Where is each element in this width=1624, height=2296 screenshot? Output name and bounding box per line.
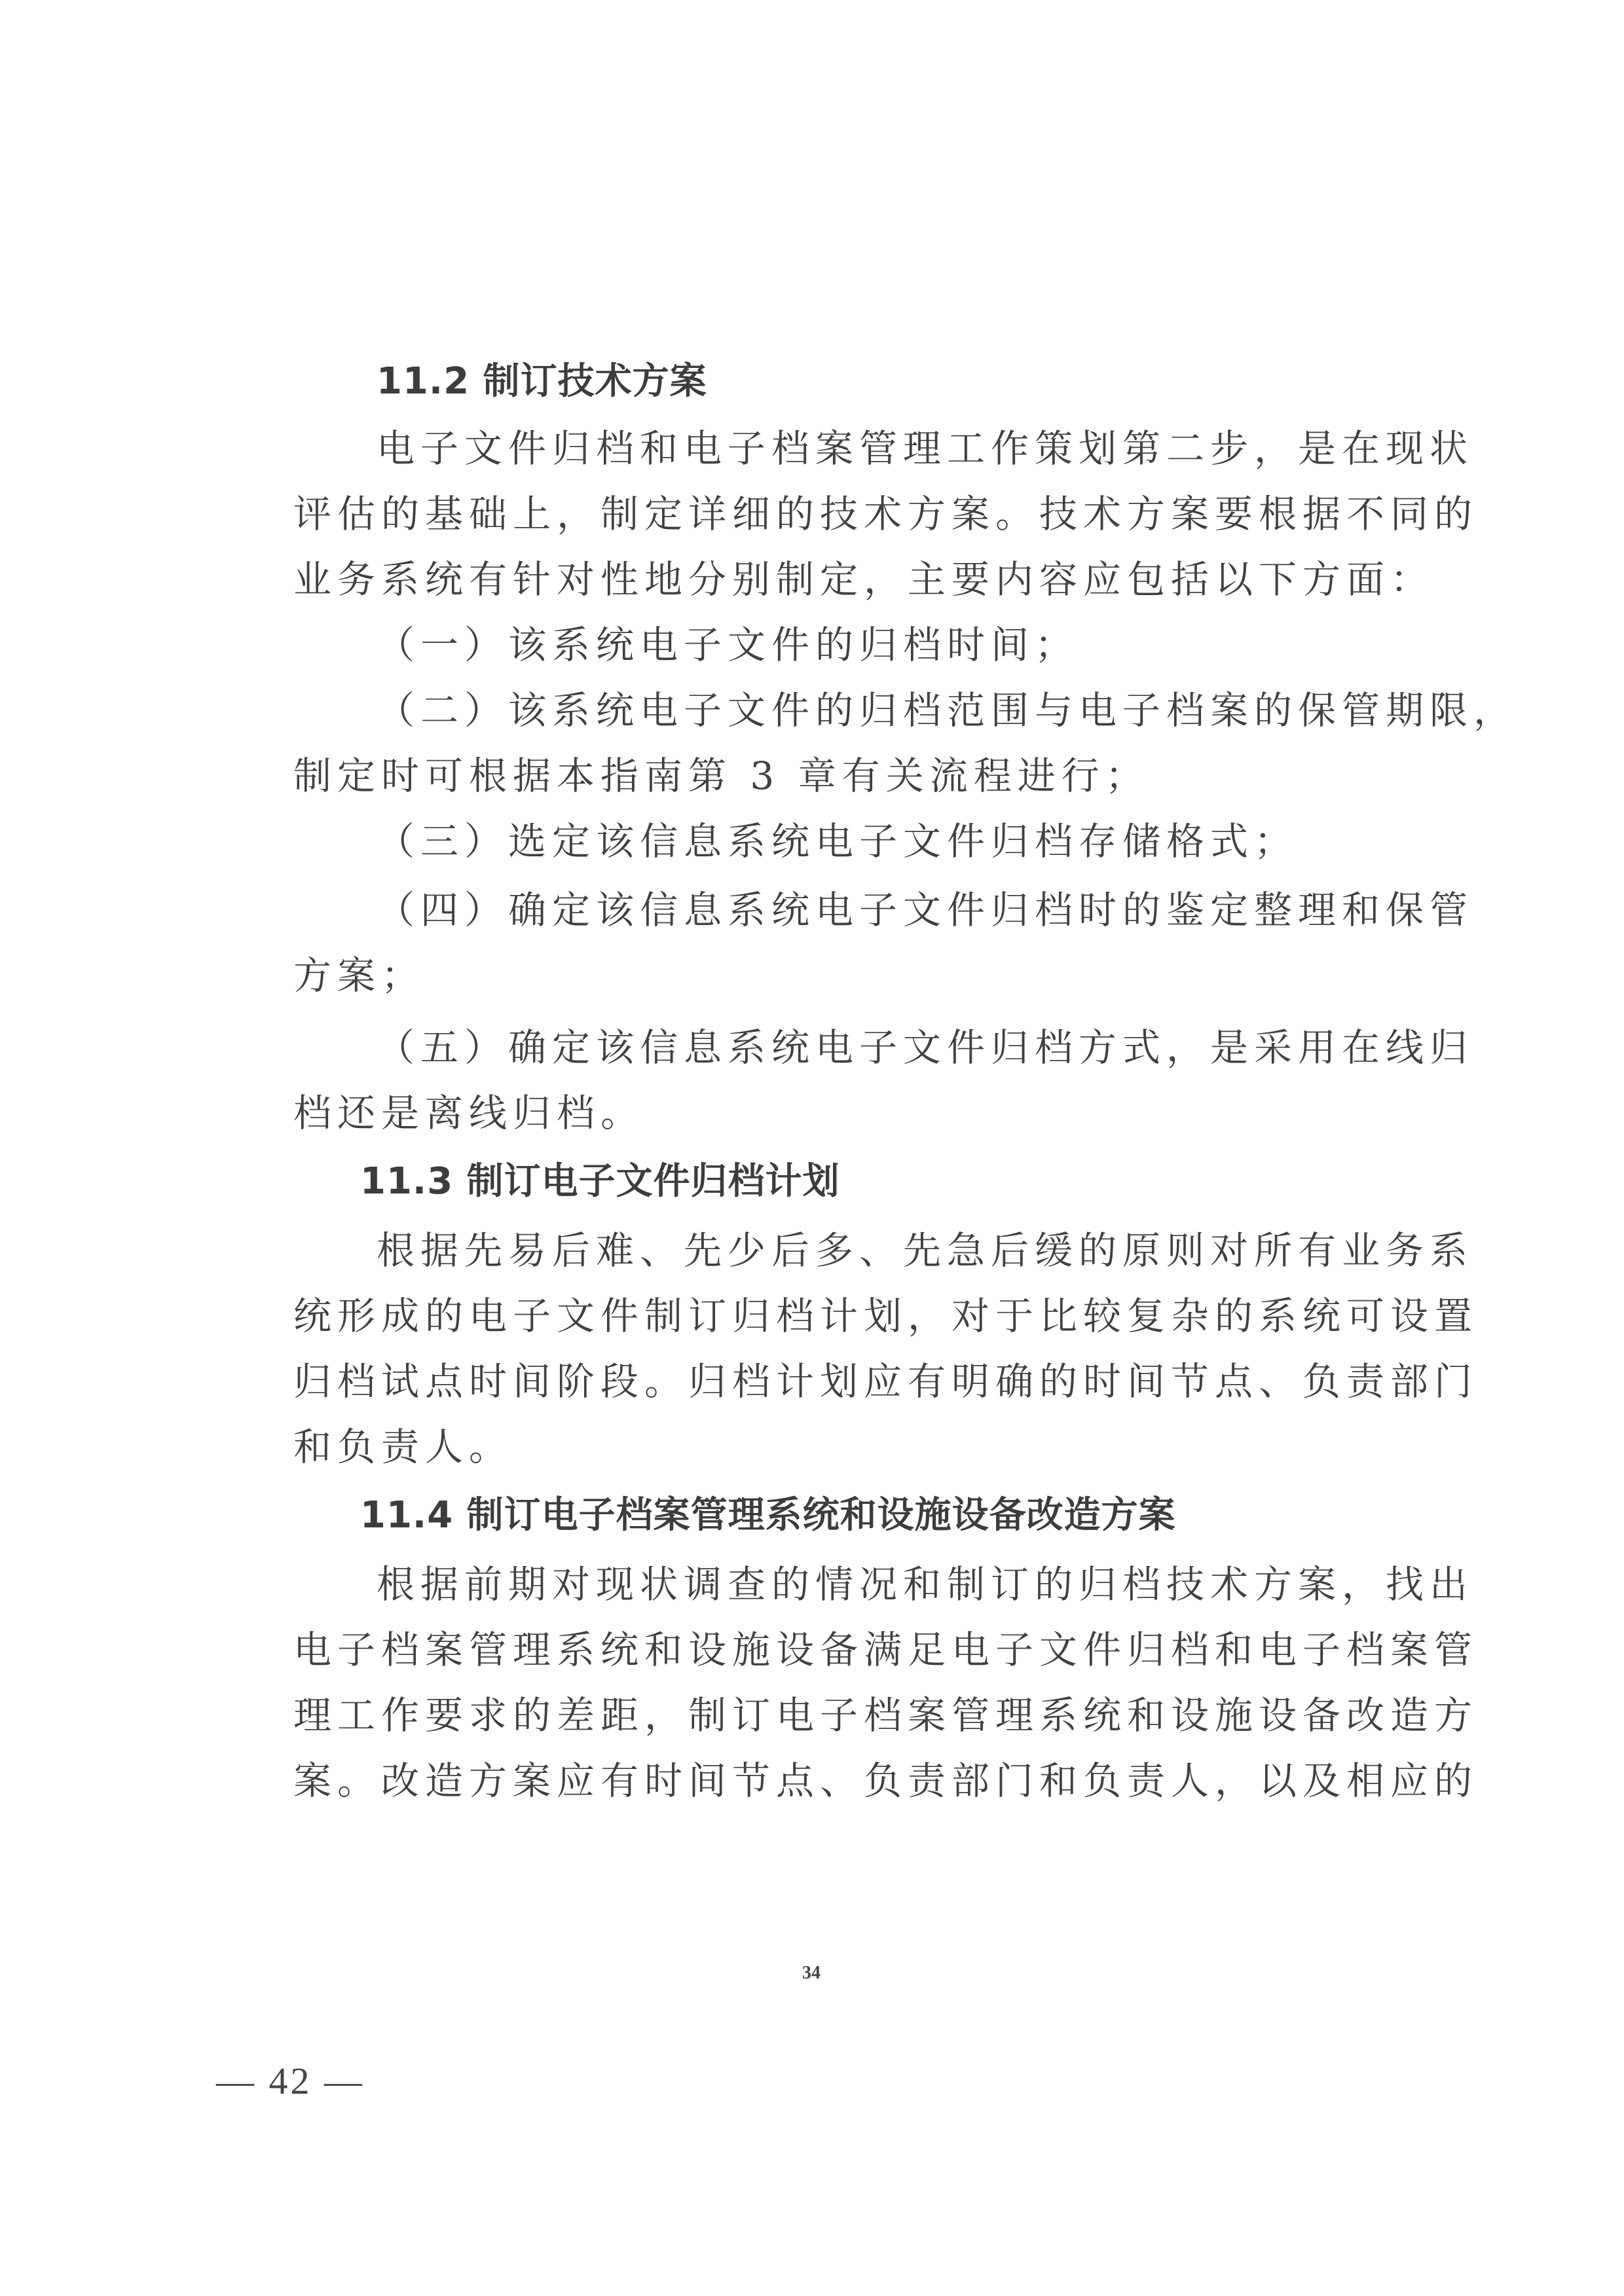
scanned-page-number: 34 bbox=[802, 1963, 821, 1984]
list-item-line: （四）确定该信息系统电子文件归档时的鉴定整理和保管 bbox=[377, 887, 1316, 933]
paragraph-line: 根据前期对现状调查的情况和制订的归档技术方案，找出 bbox=[377, 1561, 1316, 1607]
paragraph-line: 根据先易后难、先少后多、先急后缓的原则对所有业务系 bbox=[377, 1228, 1316, 1273]
paragraph-line: 归档试点时间阶段。归档计划应有明确的时间节点、负责部门 bbox=[293, 1358, 1315, 1404]
list-item-line: 制定时可根据本指南第 3 章有关流程进行； bbox=[293, 753, 1315, 799]
paragraph-line: 理工作要求的差距，制订电子档案管理系统和设施设备改造方 bbox=[293, 1692, 1315, 1738]
paragraph-line: 和负责人。 bbox=[293, 1424, 1315, 1470]
document-page: 11.2 制订技术方案 电子文件归档和电子档案管理工作策划第二步，是在现状 评估… bbox=[0, 0, 1624, 2296]
paragraph-line: 电子文件归档和电子档案管理工作策划第二步，是在现状 bbox=[377, 426, 1316, 471]
paragraph-line: 电子档案管理系统和设施设备满足电子文件归档和电子档案管 bbox=[293, 1627, 1315, 1673]
paragraph-line: 统形成的电子文件制订归档计划，对于比较复杂的系统可设置 bbox=[293, 1293, 1315, 1339]
list-item-line: （三）选定该信息系统电子文件归档存储格式； bbox=[377, 818, 1316, 864]
paragraph-line: 评估的基础上，制定详细的技术方案。技术方案要根据不同的 bbox=[293, 491, 1315, 537]
list-item-line: （二）该系统电子文件的归档范围与电子档案的保管期限， bbox=[377, 687, 1316, 733]
footer-page-number: — 42 — bbox=[216, 2059, 365, 2103]
section-heading-11-4: 11.4 制订电子档案管理系统和设施设备改造方案 bbox=[360, 1493, 1176, 1539]
paragraph-line: 案。改造方案应有时间节点、负责部门和负责人，以及相应的 bbox=[293, 1758, 1315, 1804]
list-item-line: 档还是离线归档。 bbox=[293, 1090, 1315, 1136]
section-heading-11-3: 11.3 制订电子文件归档计划 bbox=[360, 1159, 840, 1205]
list-item-line: （一）该系统电子文件的归档时间； bbox=[377, 622, 1316, 668]
paragraph-line: 业务系统有针对性地分别制定，主要内容应包括以下方面： bbox=[293, 556, 1315, 602]
list-item-line: 方案； bbox=[293, 953, 1315, 998]
section-heading-11-2: 11.2 制订技术方案 bbox=[377, 359, 707, 405]
list-item-line: （五）确定该信息系统电子文件归档方式，是采用在线归 bbox=[377, 1025, 1316, 1070]
